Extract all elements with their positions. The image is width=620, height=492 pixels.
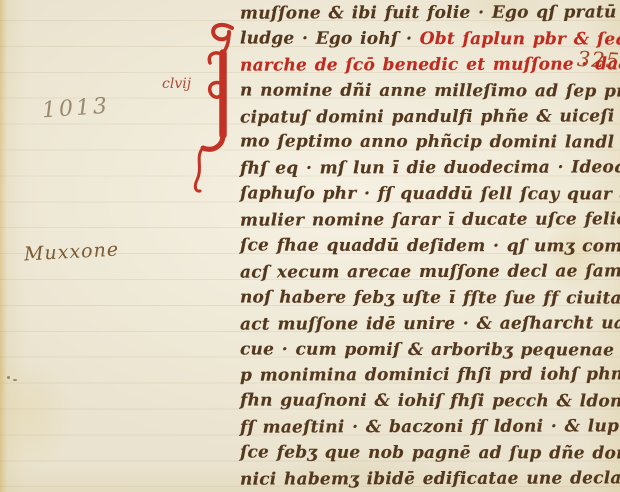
text-line: cipatuſ domini pandulfi phñe & uiceſi (240, 104, 614, 131)
text-line: ſaphuſo phr · fſ quaddū ſell ſcay quar &… (240, 182, 614, 209)
text-line: ſce fhae quaddū deſidem · qſ umʒ com oſa… (240, 234, 614, 261)
ink-speck (7, 376, 10, 379)
text-line: mulier nomine ſarar ī ducate uſce felici… (240, 207, 614, 234)
ink-speck (13, 379, 17, 381)
text-line: ludge · Ego iohſ · Obt ſaplun pbr & ſeqc… (240, 26, 614, 53)
text-line: ſce febʒ que nob pagnē ad ſup dñe domi (240, 441, 614, 468)
illuminated-initial-I: I (192, 22, 244, 202)
manuscript-page: 1013 clvij Muxxone 325 I muſſone & ibi f… (0, 0, 620, 492)
text-line: cue · cum pomiſ & arboribʒ pequenae nob (240, 337, 614, 364)
text-line: p monimina dominici fhſi prd iohſ phn (240, 363, 614, 390)
text-line: n nomine dñi anne milleſimo ad ſep pri (240, 78, 614, 105)
parchment-stain (0, 330, 90, 492)
text-line: nici habemʒ ibidē edificatae une decla (240, 466, 614, 492)
initial-flourish-drawing (192, 22, 244, 198)
margin-place-note: Muxxone (23, 239, 119, 266)
text-line: fhſ eq · mſ lun ī die duodecima · Ideoqʒ… (240, 156, 614, 183)
text-line: mo ſeptimo anno phñcip domini landl (240, 130, 614, 157)
text-line: noſ habere febʒ uſte ī fſte ſue ff ciuit… (240, 285, 614, 312)
text-line: fhn guaſnoni & iohiſ fhſi pecch & ldoni (240, 389, 614, 416)
rubric-segment: Obt ſaplun pbr & ſeqce mo (420, 29, 620, 50)
line-brown-segment: ludge · Ego iohſ · (240, 28, 420, 48)
text-line: act muſſone idē unire · & aeſharcht ua (240, 311, 614, 338)
chapter-number-rubric: clvij (162, 76, 191, 92)
text-block: muſſone & ibi fuit folie · Ego qſ pratū … (240, 1, 614, 492)
text-line: acſ xecum arecae muſſone decl ae ſamuſ (240, 259, 614, 286)
text-line: muſſone & ibi fuit folie · Ego qſ pratū (240, 0, 614, 27)
text-line: fſ maeſtini · & baczoni fſ ldoni · & lup (240, 415, 614, 442)
archival-pencil-number: 1013 (41, 94, 111, 124)
rubric-line: narche de ſcō benedic et muſſone · da& n… (240, 52, 614, 79)
